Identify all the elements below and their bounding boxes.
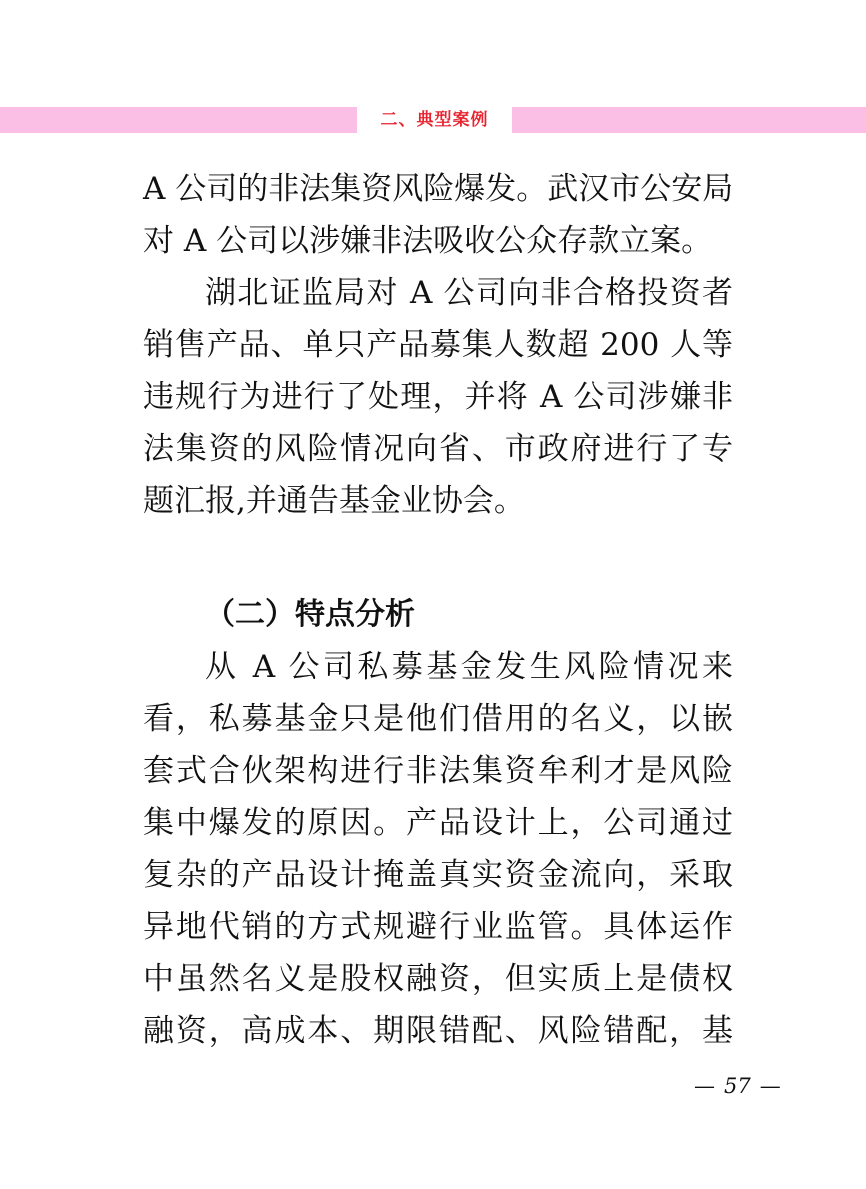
header-band-right	[512, 107, 866, 133]
text-line: 融资，高成本、期限错配、风险错配，基	[143, 1005, 733, 1057]
text-line: 违规行为进行了处理，并将 A 公司涉嫌非	[143, 371, 733, 423]
page-number-value: 57	[724, 1074, 751, 1098]
dash-left: —	[694, 1074, 715, 1098]
page-body: A 公司的非法集资风险爆发。武汉市公安局 对 A 公司以涉嫌非法吸收公众存款立案…	[143, 163, 733, 1057]
text-line: 销售产品、单只产品募集人数超 200 人等	[143, 319, 733, 371]
dash-right: —	[760, 1074, 781, 1098]
text-line: 中虽然名义是股权融资，但实质上是债权	[143, 953, 733, 1005]
text-line: 从 A 公司私募基金发生风险情况来	[143, 641, 733, 693]
text-line: 对 A 公司以涉嫌非法吸收公众存款立案。	[143, 215, 733, 267]
paragraph-2: 湖北证监局对 A 公司向非合格投资者 销售产品、单只产品募集人数超 200 人等…	[143, 267, 733, 527]
text-line: 集中爆发的原因。产品设计上，公司通过	[143, 797, 733, 849]
paragraph-3: 从 A 公司私募基金发生风险情况来 看，私募基金只是他们借用的名义，以嵌 套式合…	[143, 641, 733, 1057]
text-line: 法集资的风险情况向省、市政府进行了专	[143, 423, 733, 475]
paragraph-1: A 公司的非法集资风险爆发。武汉市公安局 对 A 公司以涉嫌非法吸收公众存款立案…	[143, 163, 733, 267]
text-line: A 公司的非法集资风险爆发。武汉市公安局	[143, 163, 733, 215]
text-line: 湖北证监局对 A 公司向非合格投资者	[143, 267, 733, 319]
section-header-title: 二、典型案例	[357, 107, 512, 133]
text-line: 题汇报,并通告基金业协会。	[143, 475, 733, 527]
text-line: 异地代销的方式规避行业监管。具体运作	[143, 901, 733, 953]
header-band-left	[0, 107, 357, 133]
text-line: 复杂的产品设计掩盖真实资金流向，采取	[143, 849, 733, 901]
section-heading: （二）特点分析	[143, 589, 733, 641]
page-number: —57—	[694, 1074, 781, 1098]
text-line: 套式合伙架构进行非法集资牟利才是风险	[143, 745, 733, 797]
spacer	[143, 527, 733, 589]
text-line: 看，私募基金只是他们借用的名义，以嵌	[143, 693, 733, 745]
